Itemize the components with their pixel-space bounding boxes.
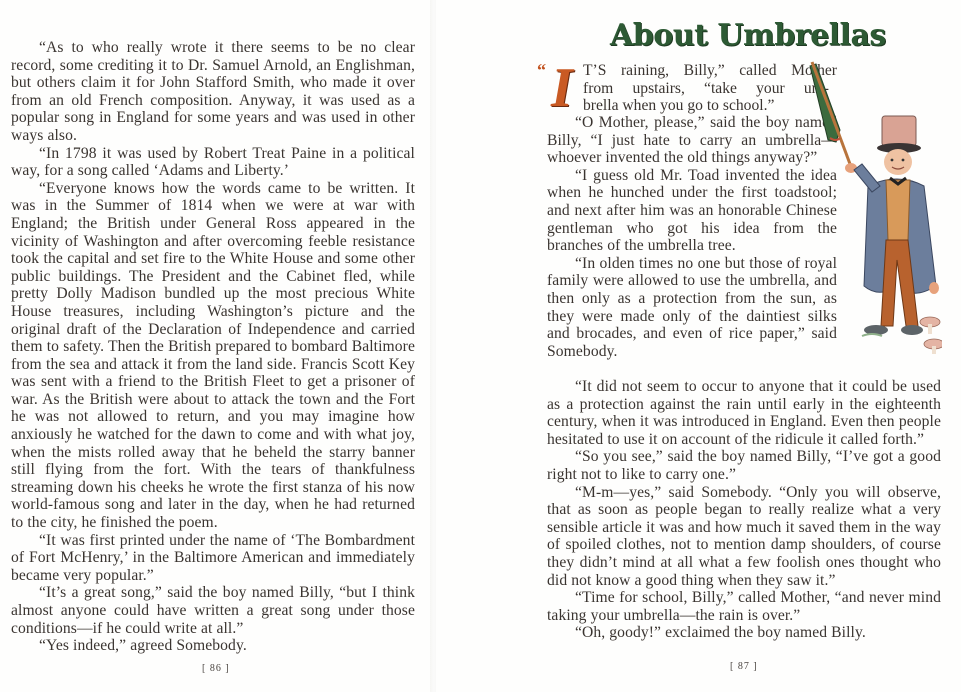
paragraph: “It was first printed under the name of … [11,532,415,585]
intro-line: from upstairs, “take your um- [583,80,829,98]
paragraph: “Oh, goody!” exclaimed the boy named Bil… [547,624,941,642]
illustration-icon [806,60,942,360]
book-spread: “As to who really wrote it there seems t… [0,0,961,692]
paragraph: “I guess old Mr. Toad invented the idea … [547,167,837,255]
opening-paragraph: “ I T’S raining, Billy,” called Mother f… [537,62,837,115]
paragraph: “Yes indeed,” agreed Somebody. [11,637,415,655]
page-number-left: [ 86 ] [202,663,230,674]
left-page-text: “As to who really wrote it there seems t… [11,39,415,655]
paragraph: “In olden times no one but those of roya… [547,255,837,361]
paragraph: “Everyone knows how the words came to be… [11,180,415,532]
paragraph: “O Mother, please,” said the boy named B… [547,114,837,167]
right-page-wide-text: “It did not seem to occur to anyone that… [547,378,941,642]
paragraph: “In 1798 it was used by Robert Treat Pai… [11,145,415,180]
paragraph: “As to who really wrote it there seems t… [11,39,415,145]
paragraph: “It’s a great song,” said the boy named … [11,584,415,637]
old-man-with-umbrella-illustration [806,60,942,360]
intro-line: T’S raining, Billy,” called Mother [583,62,837,80]
left-page: “As to who really wrote it there seems t… [0,0,432,692]
right-page-narrow-text: “O Mother, please,” said the boy named B… [547,114,837,360]
intro-line: brella when you go to school.” [583,97,837,115]
paragraph: “M-m—yes,” said Somebody. “Only you will… [547,484,941,590]
opening-quote-mark: “ [537,62,546,80]
paragraph: “So you see,” said the boy named Billy, … [547,448,941,483]
page-number-right: [ 87 ] [730,661,758,672]
chapter-title: About Umbrellas [610,18,886,53]
paragraph: “Time for school, Billy,” called Mother,… [547,589,941,624]
drop-cap: I [551,64,579,112]
paragraph: “It did not seem to occur to anyone that… [547,378,941,448]
